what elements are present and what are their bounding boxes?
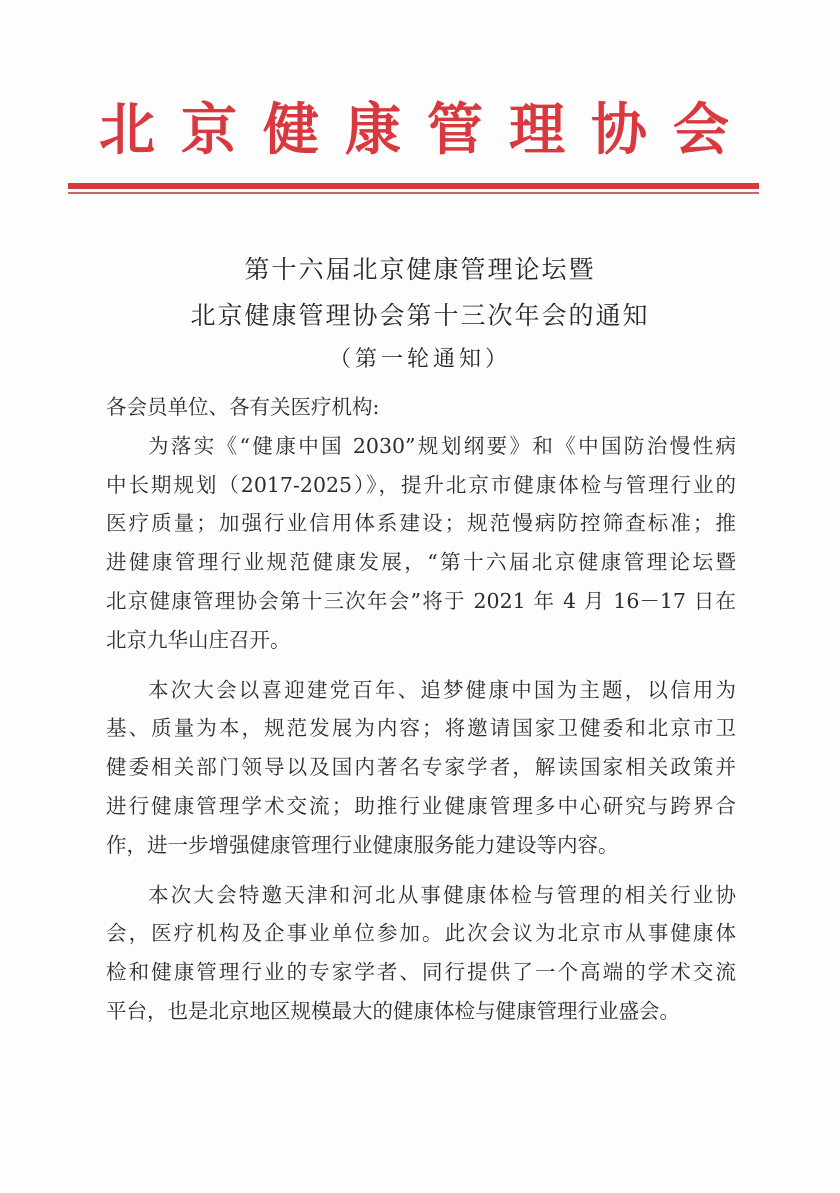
document-page: 北京健康管理协会 第十六届北京健康管理论坛暨 北京健康管理协会第十三次年会的通知…: [0, 0, 840, 1193]
paragraph-line: 会，医疗机构及企事业单位参加。此次会议为北京市从事健康体: [106, 914, 736, 953]
letterhead: 北京健康管理协会: [68, 96, 760, 166]
paragraph-line: 北京健康管理协会第十三次年会”将于 2021 年 4 月 16－17 日在: [106, 582, 736, 621]
paragraph-1: 为落实《“健康中国 2030”规划纲要》和《中国防治慢性病 中长期规划（2017…: [106, 427, 736, 660]
paragraph-3: 本次大会特邀天津和河北从事健康体检与管理的相关行业协 会，医疗机构及企事业单位参…: [106, 876, 736, 1031]
paragraph-line: 本次大会特邀天津和河北从事健康体检与管理的相关行业协: [106, 876, 736, 915]
paragraph-line: 作，进一步增强健康管理行业健康服务能力建设等内容。: [106, 826, 736, 865]
paragraph-line: 进健康管理行业规范健康发展，“第十六届北京健康管理论坛暨: [106, 543, 736, 582]
paragraph-line: 医疗质量；加强行业信用体系建设；规范慢病防控筛查标准；推: [106, 504, 736, 543]
paragraph-line: 进行健康管理学术交流；助推行业健康管理多中心研究与跨界合: [106, 787, 736, 826]
paragraph-2: 本次大会以喜迎建党百年、追梦健康中国为主题，以信用为 基、质量为本，规范发展为内…: [106, 671, 736, 865]
notice-body: 各会员单位、各有关医疗机构: 为落实《“健康中国 2030”规划纲要》和《中国防…: [106, 388, 736, 1031]
notice-title-line-1: 第十六届北京健康管理论坛暨: [0, 250, 840, 286]
notice-subtitle: （第一轮通知）: [0, 342, 840, 373]
salutation: 各会员单位、各有关医疗机构:: [106, 388, 736, 427]
paragraph-line: 本次大会以喜迎建党百年、追梦健康中国为主题，以信用为: [106, 671, 736, 710]
paragraph-spacer: [106, 865, 736, 876]
paragraph-line: 基、质量为本，规范发展为内容；将邀请国家卫健委和北京市卫: [106, 709, 736, 748]
notice-title-line-2: 北京健康管理协会第十三次年会的通知: [0, 296, 840, 332]
paragraph-spacer: [106, 660, 736, 671]
organization-name: 北京健康管理协会: [68, 96, 760, 166]
letterhead-rule-thick: [68, 183, 759, 189]
paragraph-line: 健委相关部门领导以及国内著名专家学者，解读国家相关政策并: [106, 748, 736, 787]
paragraph-line: 平台，也是北京地区规模最大的健康体检与健康管理行业盛会。: [106, 992, 736, 1031]
letterhead-rule-thin: [68, 192, 759, 194]
paragraph-line: 检和健康管理行业的专家学者、同行提供了一个高端的学术交流: [106, 953, 736, 992]
paragraph-line: 中长期规划（2017-2025）》，提升北京市健康体检与管理行业的: [106, 466, 736, 505]
paragraph-line: 北京九华山庄召开。: [106, 621, 736, 660]
paragraph-line: 为落实《“健康中国 2030”规划纲要》和《中国防治慢性病: [106, 427, 736, 466]
